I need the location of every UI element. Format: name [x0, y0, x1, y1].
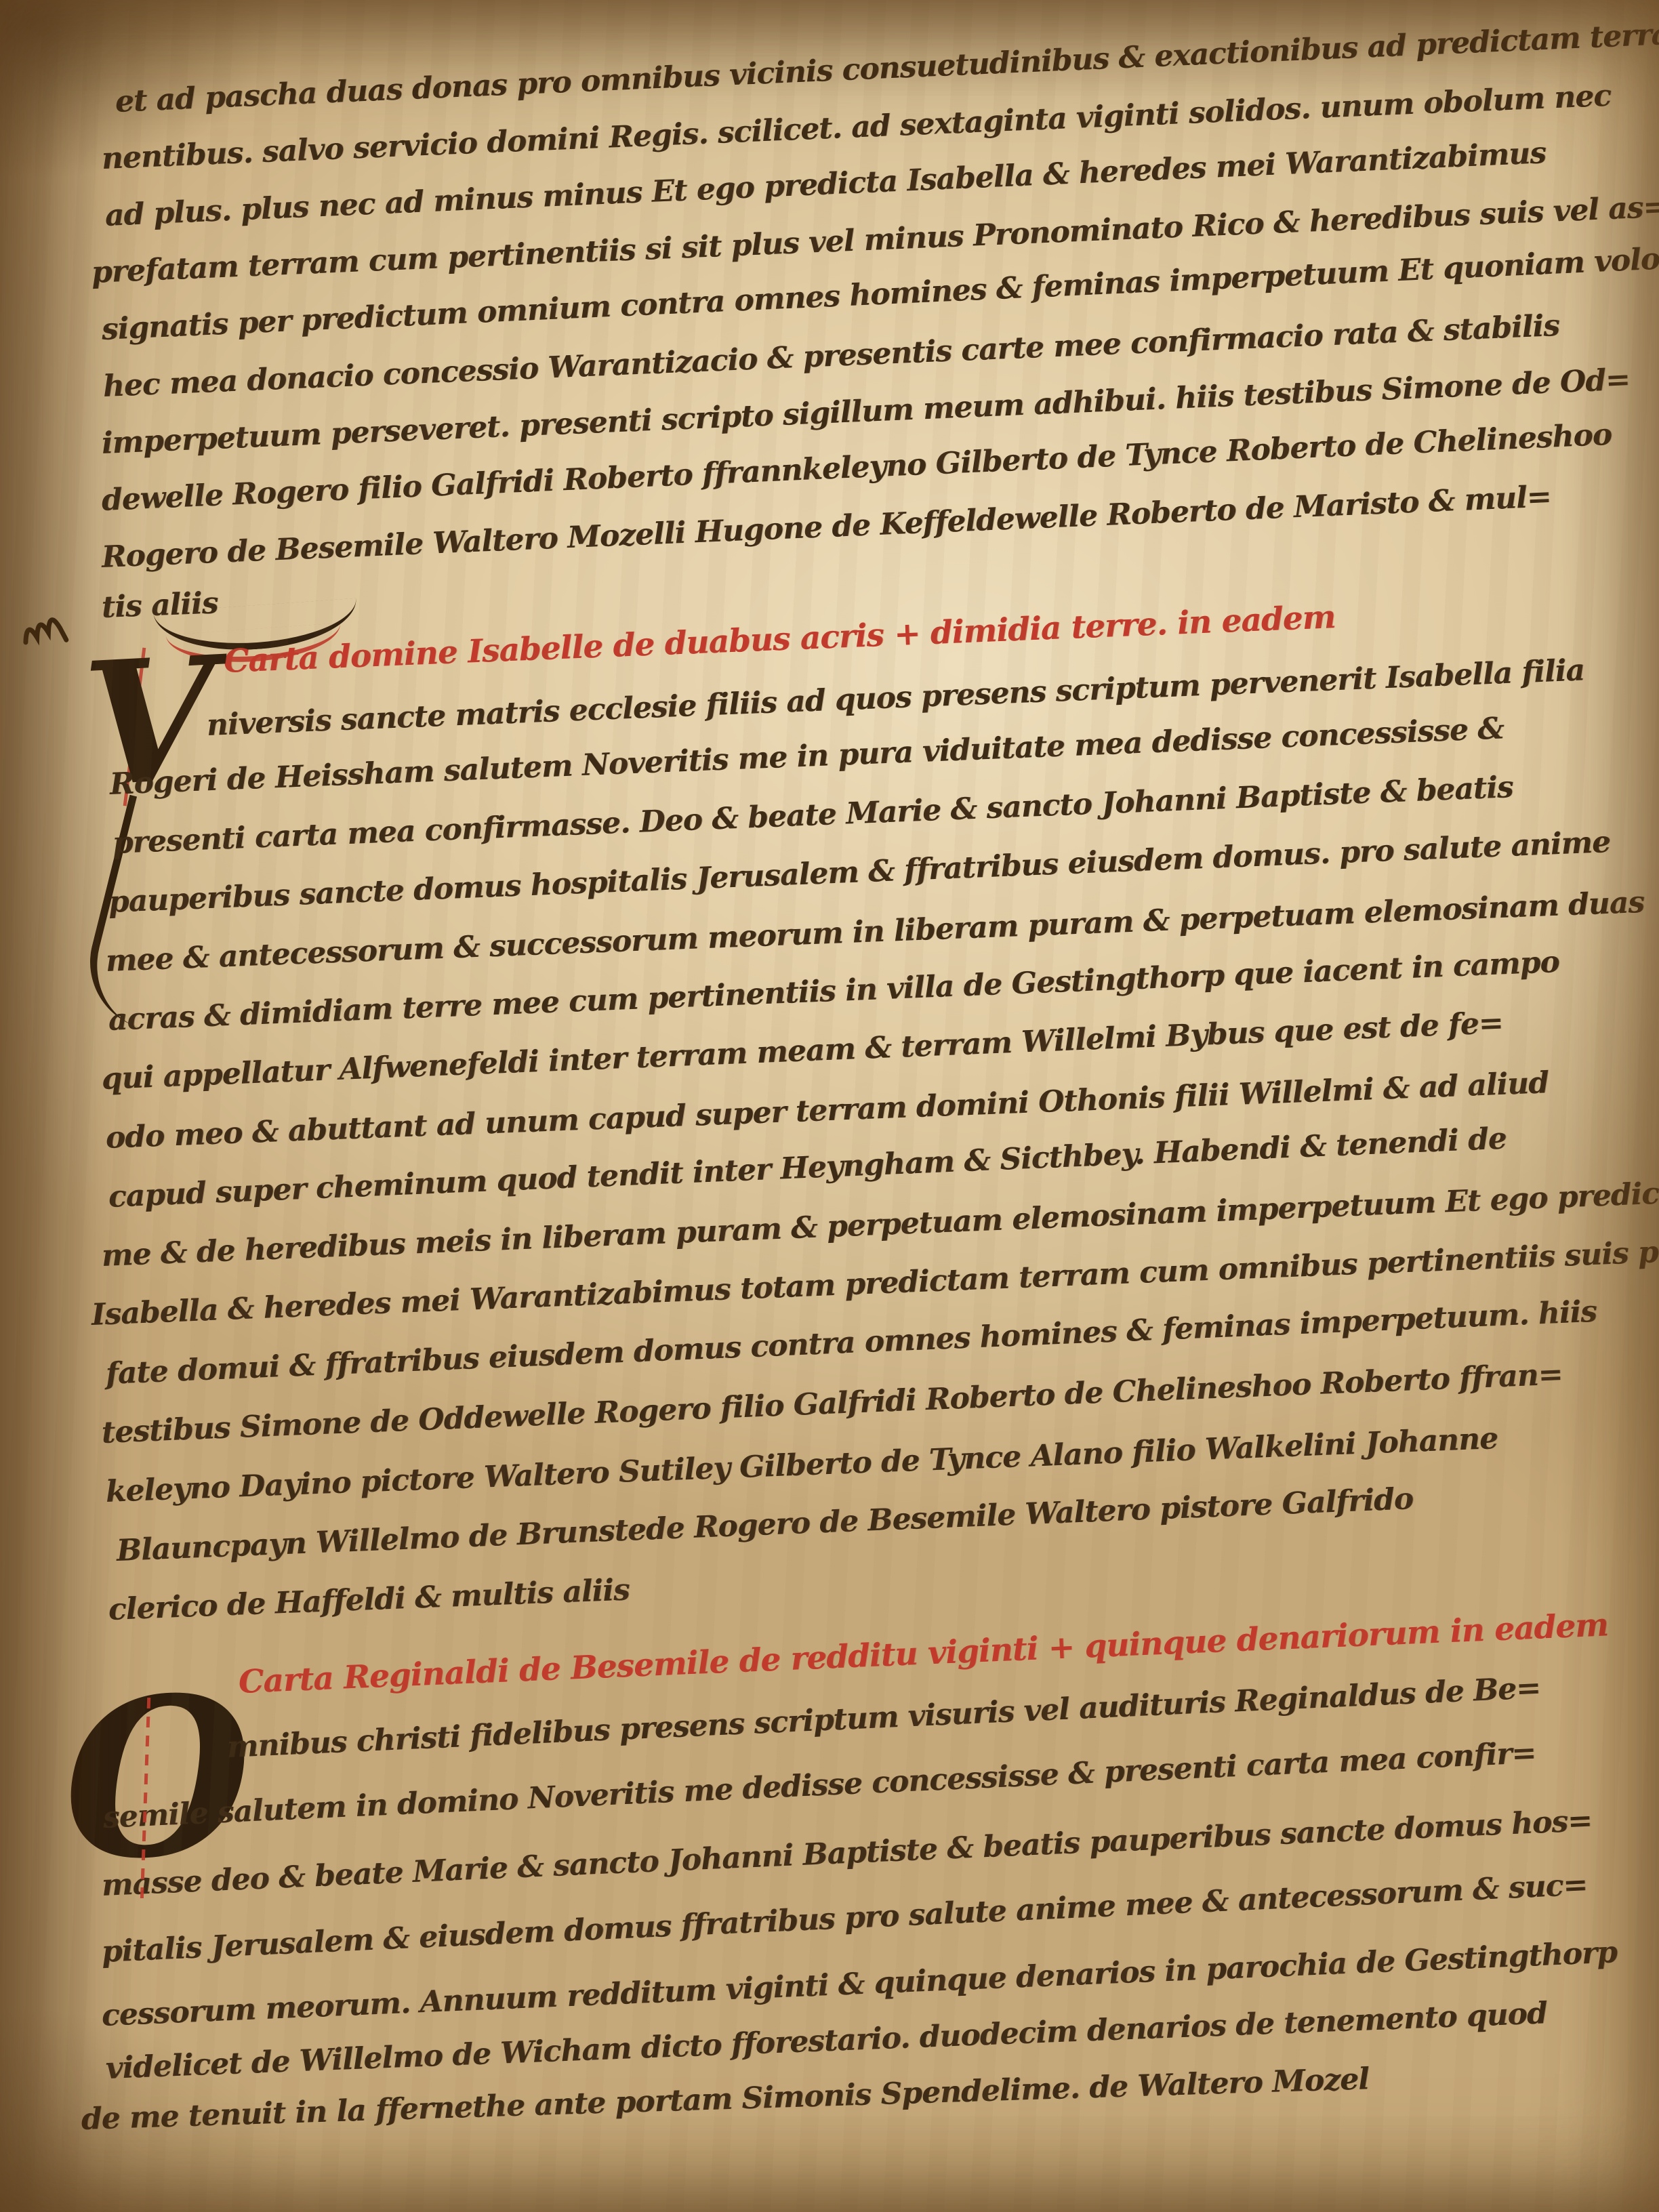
initial-capital-O: O [60, 1667, 256, 1891]
manuscript-page: et ad pascha duas donas pro omnibus vici… [0, 0, 1659, 2212]
rubric-heading-isabella: Carta domine Isabelle de duabus acris + … [223, 600, 1336, 678]
text-line: clerico de Haffeldi & multis aliis [108, 1574, 630, 1626]
margin-scribble [14, 596, 89, 660]
